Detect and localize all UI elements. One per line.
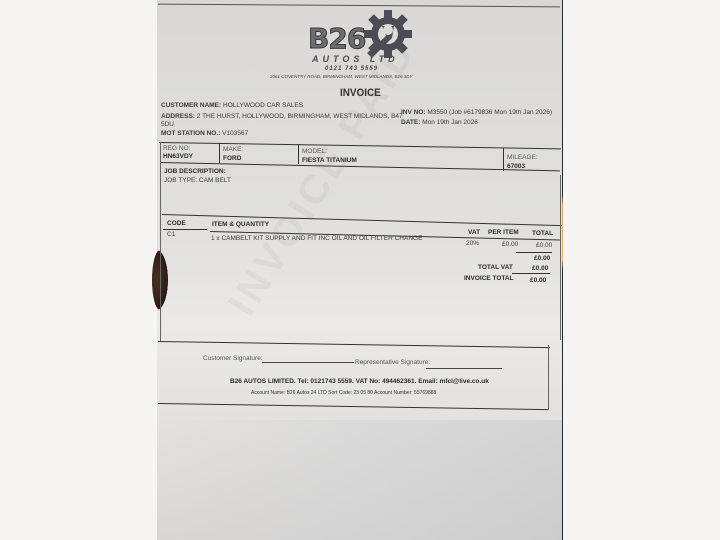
make-value: FORD xyxy=(223,155,241,162)
col-total-header: TOTAL xyxy=(532,230,553,237)
vehicle-col-divider xyxy=(503,148,504,171)
signature-section-right xyxy=(548,345,549,410)
row-vat: 20% xyxy=(466,240,479,247)
reg-number: HN63VDY xyxy=(163,153,193,160)
subtotal-rule xyxy=(516,252,552,253)
date-label: DATE: xyxy=(401,119,420,126)
table-right-border xyxy=(560,175,561,340)
mot-number: V103567 xyxy=(222,130,248,137)
gear-wrench-logo-icon xyxy=(362,8,414,60)
table-left-border xyxy=(160,142,161,342)
invoice-date: Mon 19th Jan 2026 xyxy=(422,119,478,126)
row-per-item: £0.00 xyxy=(502,241,518,248)
paper-shadow xyxy=(157,420,562,540)
invoice-total-label: INVOICE TOTAL xyxy=(464,275,514,282)
invoice-number-label: INV NO: xyxy=(401,109,426,116)
rep-signature-label: Representative Signature: xyxy=(355,359,430,366)
rep-signature-line[interactable] xyxy=(426,368,502,369)
reg-label: REG NO: xyxy=(163,145,190,152)
subtotal-value: £0.00 xyxy=(534,255,550,262)
company-phone: 0121 743 5559 xyxy=(325,66,378,72)
address-line1: 2 THE HURST, HOLLYWOOD, BIRMINGHAM, WEST… xyxy=(197,113,403,120)
customer-signature-label: Customer Signature: xyxy=(203,355,263,362)
mot-row: MOT STATION NO.: V103567 xyxy=(161,130,248,137)
customer-signature-line[interactable] xyxy=(262,362,354,363)
vehicle-col-divider xyxy=(298,144,299,164)
customer-name-label: CUSTOMER NAME: xyxy=(161,102,221,109)
model-value: FIESTA TITANIUM xyxy=(302,157,357,164)
row-item: 1 x CAMBELT KIT SUPPLY AND FIT INC OIL A… xyxy=(211,235,422,242)
total-rule xyxy=(512,273,550,274)
date-row: DATE: Mon 19th Jan 2026 xyxy=(401,119,478,126)
mot-label: MOT STATION NO.: xyxy=(161,130,220,137)
invoice-number-row: INV NO: M3550 (Job #6179836 Mon 19th Jan… xyxy=(401,109,552,116)
company-logo: B26 xyxy=(308,22,365,55)
footer-company-line: B26 AUTOS LIMITED. Tel: 0121743 5559. VA… xyxy=(230,378,489,385)
address-label: ADDRESS: xyxy=(161,113,195,120)
col-code-header: CODE xyxy=(167,220,186,227)
company-logo-sub: AUTOS LTD xyxy=(312,54,399,64)
col-vat-header: VAT xyxy=(468,229,480,236)
customer-name-row: CUSTOMER NAME: HOLLYWOOD CAR SALES xyxy=(161,102,303,109)
invoice-title: INVOICE xyxy=(340,87,381,99)
make-label: MAKE: xyxy=(223,146,243,153)
mileage-label: MILEAGE: xyxy=(507,154,538,161)
items-header-rule xyxy=(163,229,207,230)
address-line2: 5DU xyxy=(161,121,174,128)
model-label: MODEL: xyxy=(302,148,327,155)
total-vat-label: TOTAL VAT xyxy=(478,264,513,271)
job-description-label: JOB DESCRIPTION: xyxy=(164,168,226,175)
company-address: 2061 COVENTRY ROAD, BIRMINGHAM, WEST MID… xyxy=(270,74,413,79)
job-type: JOB TYPE: CAM BELT xyxy=(164,177,231,184)
address-row: ADDRESS: 2 THE HURST, HOLLYWOOD, BIRMING… xyxy=(161,113,403,120)
row-total: £0.00 xyxy=(536,242,552,249)
customer-name: HOLLYWOOD CAR SALES xyxy=(223,102,303,109)
invoice-number: M3550 (Job #6179836 Mon 19th Jan 2026) xyxy=(427,109,552,116)
footer-bank-line: Account Name: B26 Autos 24 LTD Sort Code… xyxy=(251,390,436,396)
col-per-item-header: PER ITEM xyxy=(488,229,519,236)
vehicle-col-divider xyxy=(219,143,220,163)
total-vat-value: £0.00 xyxy=(532,265,548,272)
invoice-total-value: £0.00 xyxy=(530,277,546,284)
row-code: C1 xyxy=(167,231,175,238)
col-item-header: ITEM & QUANTITY xyxy=(212,221,269,228)
mileage-value: 67003 xyxy=(507,163,525,170)
